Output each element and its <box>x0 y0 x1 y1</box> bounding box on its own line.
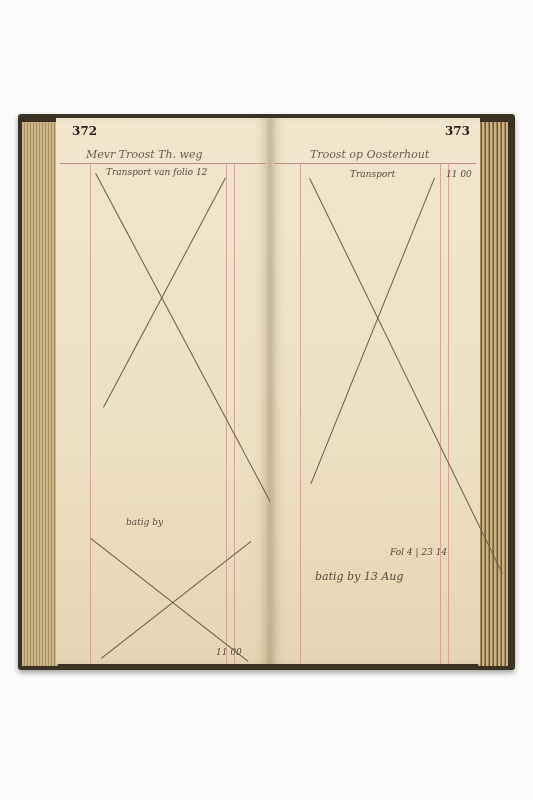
page-number: 373 <box>445 124 470 138</box>
amount-column-rule <box>234 163 235 664</box>
cross-out-stroke <box>103 178 226 408</box>
cross-out-stroke <box>310 178 435 484</box>
left-page: 372 Mevr Troost Th. weg Transport van fo… <box>56 118 270 664</box>
page-edges-right <box>478 122 508 666</box>
page-number: 372 <box>72 124 97 138</box>
page-heading: Mevr Troost Th. weg <box>86 148 203 161</box>
balance-note: batig by <box>126 518 163 528</box>
right-page: 373 Troost op Oosterhout Transport 11 00… <box>270 118 480 664</box>
date-column-rule <box>300 163 301 664</box>
header-rule <box>274 163 476 164</box>
page-heading: Troost op Oosterhout <box>310 148 429 161</box>
opening-total: 11 00 <box>446 170 472 180</box>
transport-line: Transport van folio 12 <box>106 168 207 178</box>
cross-out-stroke <box>95 173 293 544</box>
cross-out-stroke <box>90 538 248 662</box>
amount-column-rule <box>448 163 449 664</box>
date-column-rule <box>90 163 91 664</box>
amount-column-rule <box>440 163 441 664</box>
amount-column-rule <box>226 163 227 664</box>
page-edges-left <box>22 122 58 666</box>
cross-out-stroke <box>309 178 503 574</box>
transport-line: Transport <box>350 170 395 180</box>
closing-total: Fol 4 | 23 14 <box>390 548 447 558</box>
balance-note: batig by 13 Aug <box>315 570 403 583</box>
cross-out-stroke <box>101 541 251 659</box>
